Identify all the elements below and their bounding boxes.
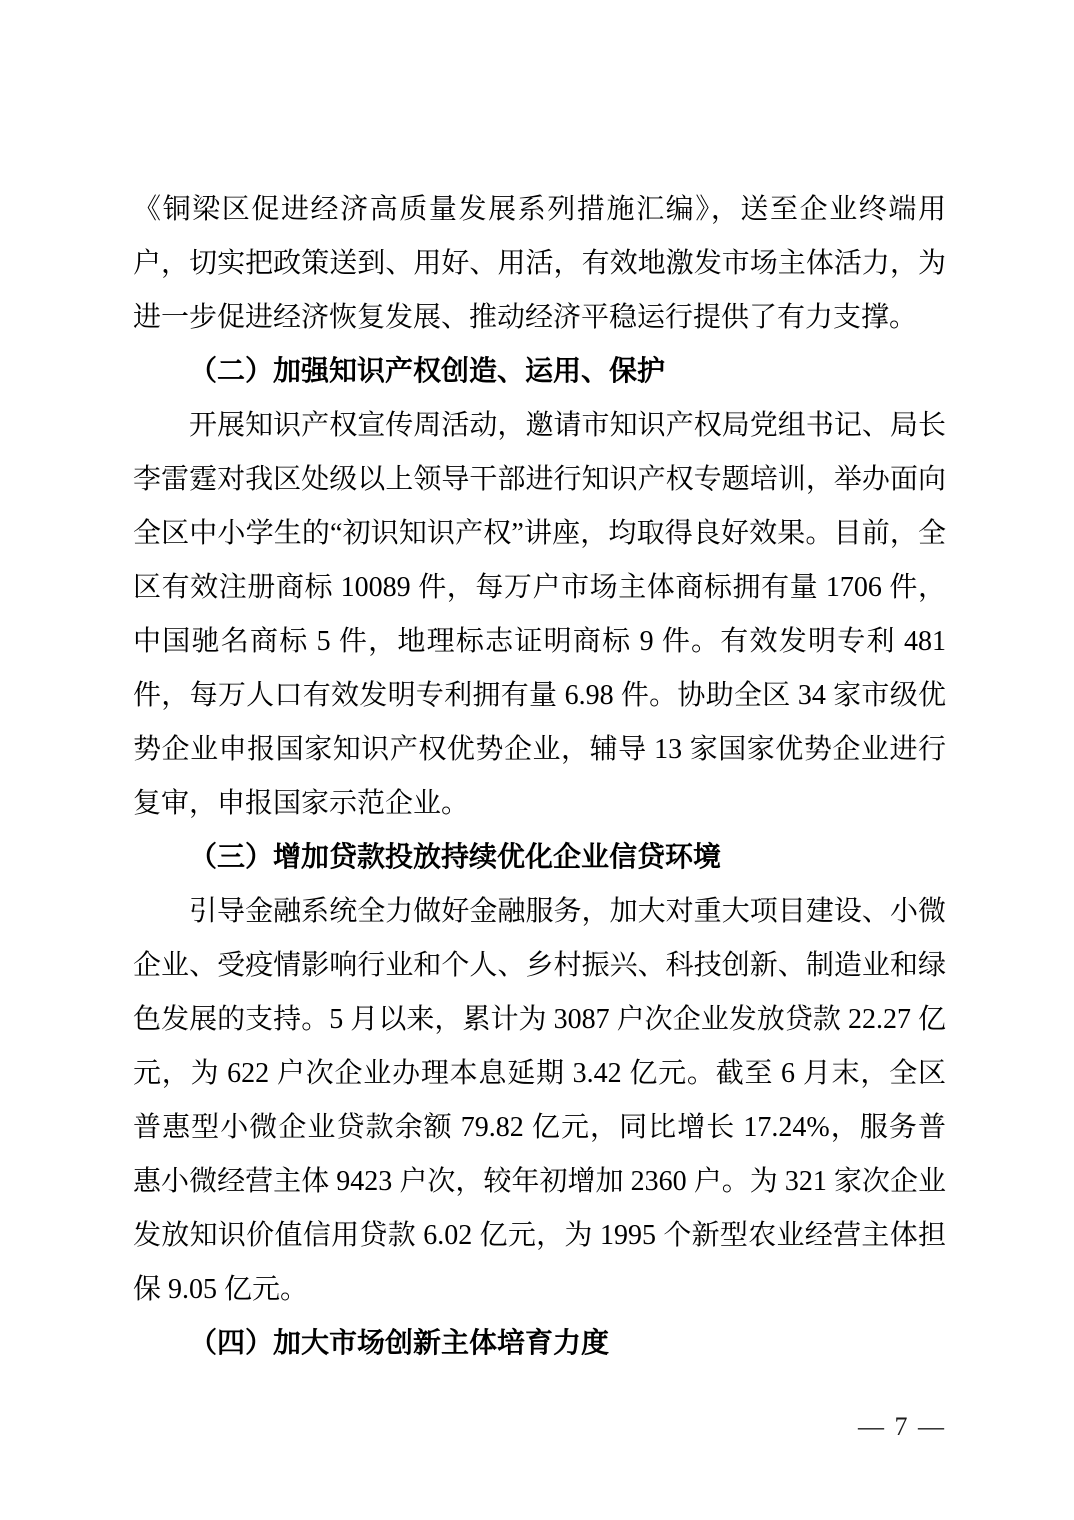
document-page: 《铜梁区促进经济高质量发展系列措施汇编》，送至企业终端用户，切实把政策送到、用好… [0, 0, 1074, 1520]
body-paragraph: 《铜梁区促进经济高质量发展系列措施汇编》，送至企业终端用户，切实把政策送到、用好… [133, 183, 946, 345]
page-number: — 7 — [858, 1412, 946, 1442]
document-body: 《铜梁区促进经济高质量发展系列措施汇编》，送至企业终端用户，切实把政策送到、用好… [133, 183, 946, 1371]
section-heading: （二）加强知识产权创造、运用、保护 [133, 345, 946, 399]
section-heading: （四）加大市场创新主体培育力度 [133, 1317, 946, 1371]
section-heading: （三）增加贷款投放持续优化企业信贷环境 [133, 831, 946, 885]
body-paragraph: 开展知识产权宣传周活动，邀请市知识产权局党组书记、局长李雷霆对我区处级以上领导干… [133, 399, 946, 831]
body-paragraph: 引导金融系统全力做好金融服务，加大对重大项目建设、小微企业、受疫情影响行业和个人… [133, 885, 946, 1317]
